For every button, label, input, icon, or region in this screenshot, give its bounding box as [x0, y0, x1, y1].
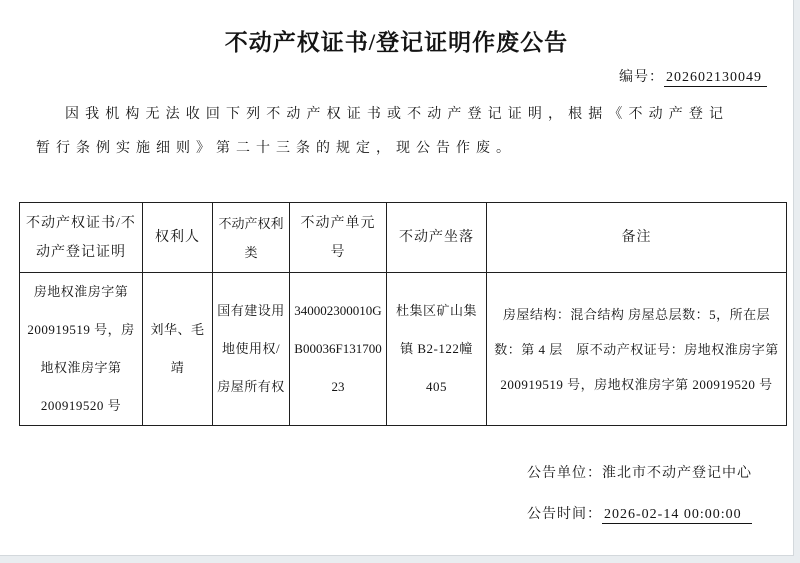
- announce-unit-label: 公告单位：: [527, 466, 602, 481]
- cell-holder: 刘华、毛靖: [143, 273, 213, 426]
- notice-title: 不动产权证书/登记证明作废公告: [0, 24, 793, 57]
- doc-number: 编号：202602130049: [0, 66, 767, 86]
- cell-unit-number: 340002300010GB00036F13170023: [290, 273, 387, 426]
- announce-unit-line: 公告单位：淮北市不动产登记中心: [527, 462, 793, 482]
- col-header-remarks: 备注: [487, 203, 787, 273]
- notice-page: 不动产权证书/登记证明作废公告 编号：202602130049 因我机构无法收回…: [0, 0, 794, 556]
- col-header-certificate: 不动产权证书/不动产登记证明: [20, 203, 143, 273]
- cell-remarks: 房屋结构：混合结构 房屋总层数：5，所在层数：第 4 层 原不动产权证号：房地权…: [487, 273, 787, 426]
- cell-right-type: 国有建设用地使用权/房屋所有权: [213, 273, 290, 426]
- announce-time-label: 公告时间：: [527, 507, 602, 522]
- notice-body: 因我机构无法收回下列不动产权证书或不动产登记证明，根据《不动产登记暂行条例实施细…: [36, 98, 729, 166]
- doc-number-value: 202602130049: [664, 70, 767, 87]
- table-data-row: 房地权淮房字第 200919519 号，房地权淮房字第 200919520 号 …: [20, 273, 787, 426]
- announce-time-value: 2026-02-14 00:00:00: [602, 507, 752, 524]
- col-header-location: 不动产坐落: [387, 203, 487, 273]
- table-header-row: 不动产权证书/不动产登记证明 权利人 不动产权利类 不动产单元号 不动产坐落 备…: [20, 203, 787, 273]
- notice-footer: 公告单位：淮北市不动产登记中心 公告时间：2026-02-14 00:00:00: [527, 462, 793, 523]
- cell-location: 杜集区矿山集镇 B2-122幢 405: [387, 273, 487, 426]
- col-header-holder: 权利人: [143, 203, 213, 273]
- announce-time-line: 公告时间：2026-02-14 00:00:00: [527, 503, 793, 523]
- col-header-right-type: 不动产权利类: [213, 203, 290, 273]
- cell-certificate: 房地权淮房字第 200919519 号，房地权淮房字第 200919520 号: [20, 273, 143, 426]
- cancellation-table: 不动产权证书/不动产登记证明 权利人 不动产权利类 不动产单元号 不动产坐落 备…: [19, 202, 787, 426]
- col-header-unit-number: 不动产单元号: [290, 203, 387, 273]
- doc-number-label: 编号：: [619, 70, 664, 85]
- announce-unit-value: 淮北市不动产登记中心: [602, 466, 752, 481]
